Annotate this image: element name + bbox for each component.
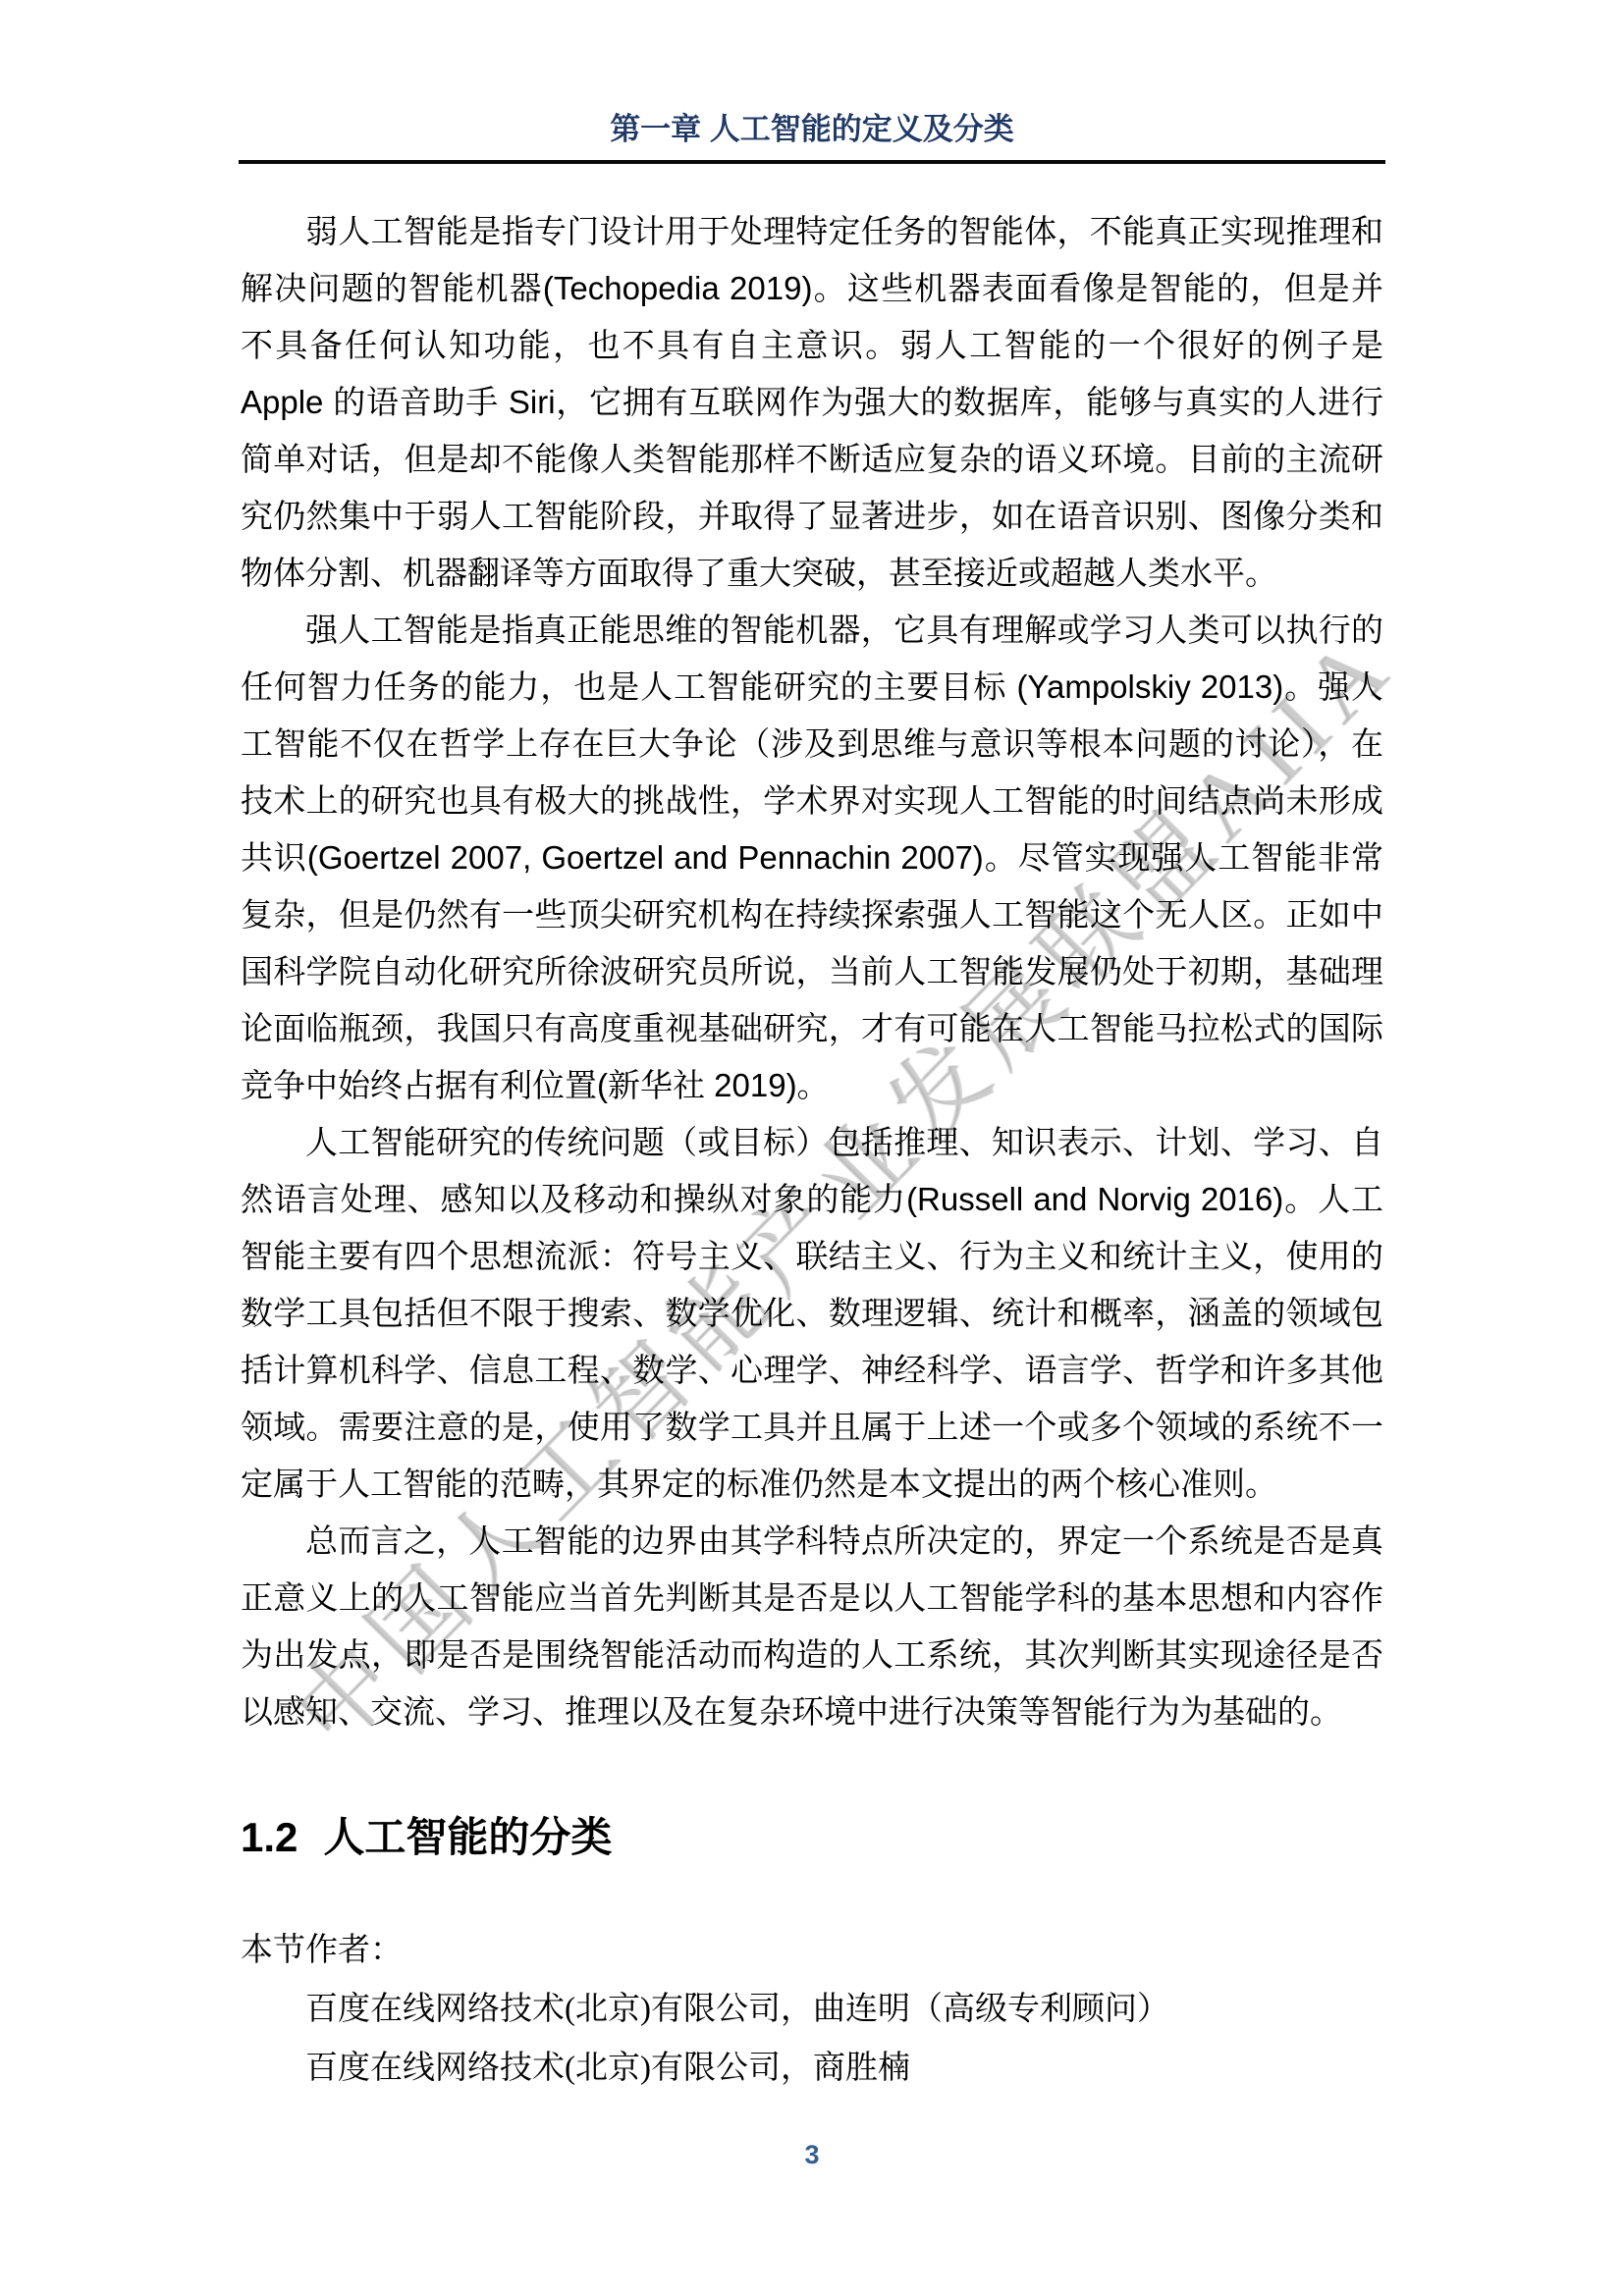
author-line-2: 百度在线网络技术(北京)有限公司，商胜楠: [241, 2039, 1383, 2098]
body-content: 弱人工智能是指专门设计用于处理特定任务的智能体，不能真正实现推理和解决问题的智能…: [241, 203, 1383, 2098]
authors-label: 本节作者：: [241, 1921, 1383, 1980]
section-number: 1.2: [241, 1814, 298, 1860]
section-heading: 1.2人工智能的分类: [241, 1809, 1383, 1866]
body-paragraph-traditional-problems: 人工智能研究的传统问题（或目标）包括推理、知识表示、计划、学习、自然语言处理、感…: [241, 1114, 1383, 1513]
body-paragraph-summary: 总而言之，人工智能的边界由其学科特点所决定的，界定一个系统是否是真正意义上的人工…: [241, 1513, 1383, 1740]
document-page: 中国人工智能产业发展联盟AIIA 第一章 人工智能的定义及分类 弱人工智能是指专…: [0, 0, 1624, 2296]
page-footer: 3: [0, 2140, 1624, 2170]
chapter-header-title: 第一章 人工智能的定义及分类: [241, 106, 1383, 153]
section-title: 人工智能的分类: [323, 1814, 612, 1860]
page-number: 3: [804, 2140, 819, 2169]
body-paragraph-strong-ai: 强人工智能是指真正能思维的智能机器，它具有理解或学习人类可以执行的任何智力任务的…: [241, 602, 1383, 1114]
header-rule-divider: [239, 160, 1385, 164]
body-paragraph-weak-ai: 弱人工智能是指专门设计用于处理特定任务的智能体，不能真正实现推理和解决问题的智能…: [241, 203, 1383, 602]
author-line-1: 百度在线网络技术(北京)有限公司，曲连明（高级专利顾问）: [241, 1980, 1383, 2039]
